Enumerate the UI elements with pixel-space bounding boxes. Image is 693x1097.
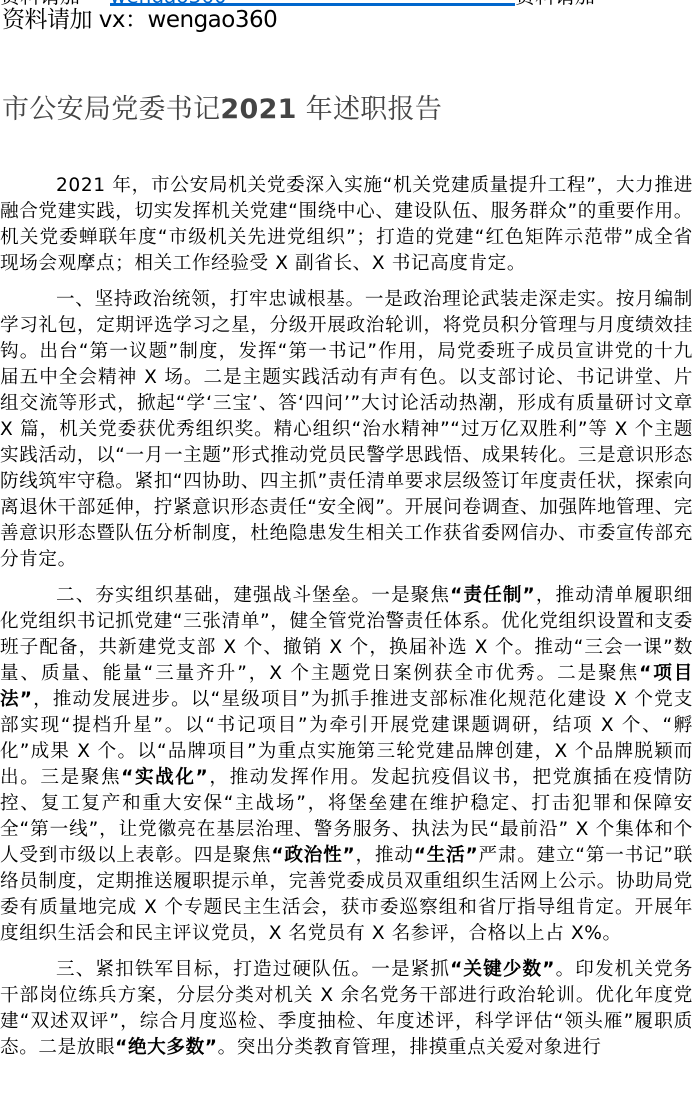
paragraph-section-2: 二、夯实组织基础，建强战斗堡垒。一是聚焦“责任制”，推动清单履职细化党组织书记抓… bbox=[0, 583, 693, 947]
title-year: 2021 bbox=[220, 94, 296, 125]
emphasis-term: “关键少数” bbox=[450, 959, 555, 980]
document-body: 2021 年，市公安局机关党委深入实施“机关党建质量提升工程”，大力推进融合党建… bbox=[0, 173, 693, 1071]
clipped-header-trailing-text: 资料请加 bbox=[515, 0, 595, 6]
title-prefix: 市公安局党委书记 bbox=[2, 94, 220, 125]
paragraph-text: 2021 年，市公安局机关党委深入实施“机关党建质量提升工程”，大力推进融合党建… bbox=[0, 175, 693, 274]
document-title: 市公安局党委书记2021 年述职报告 bbox=[2, 92, 442, 128]
paragraph-section-1: 一、坚持政治统领，打牢忠诚根基。一是政治理论武装走深走实。按月编制学习礼包，定期… bbox=[0, 287, 693, 573]
paragraph-text: 。突出分类教育管理，排摸重点关爱对象进行 bbox=[218, 1037, 602, 1058]
paragraph-text: 三、紧扣铁军目标，打造过硬队伍。一是紧抓 bbox=[56, 959, 450, 980]
title-suffix: 年述职报告 bbox=[306, 94, 443, 125]
paragraph-section-3: 三、紧扣铁军目标，打造过硬队伍。一是紧抓“关键少数”。印发机关党务干部岗位练兵方… bbox=[0, 957, 693, 1061]
emphasis-term: “生活” bbox=[414, 845, 479, 866]
emphasis-term: “实战化” bbox=[121, 767, 208, 788]
paragraph-text: ，推动 bbox=[355, 845, 413, 866]
emphasis-term: “政治性” bbox=[271, 845, 355, 866]
paragraph-intro: 2021 年，市公安局机关党委深入实施“机关党建质量提升工程”，大力推进融合党建… bbox=[0, 173, 693, 277]
emphasis-term: “绝大多数” bbox=[115, 1037, 217, 1058]
paragraph-text: 一、坚持政治统领，打牢忠诚根基。一是政治理论武装走深走实。按月编制学习礼包，定期… bbox=[0, 289, 693, 570]
emphasis-term: “责任制” bbox=[450, 585, 535, 606]
contact-line: 资料请加 vx：wengao360 bbox=[2, 6, 277, 34]
paragraph-text: 二、夯实组织基础，建强战斗堡垒。一是聚焦 bbox=[56, 585, 450, 606]
